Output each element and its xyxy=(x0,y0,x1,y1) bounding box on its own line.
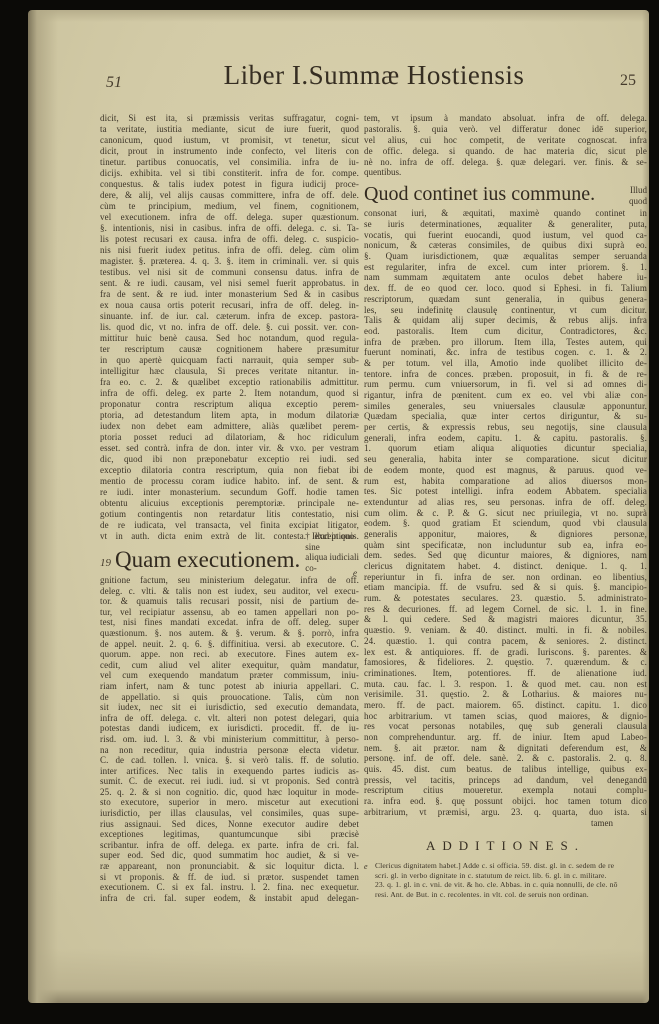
left-text-column: dicit, Si est ita, si præmissis veritas … xyxy=(100,113,359,903)
heading-side-text: Illud quod xyxy=(625,185,647,206)
text-line: sit iudex, nec sit ei iurisdictio, sed e… xyxy=(100,702,359,713)
text-line: lex est. & antiquiores. ff. de gradi. Iu… xyxy=(364,647,647,658)
text-line: similes generales, seu vniuersales claus… xyxy=(364,401,647,412)
text-line: rum permu. cum vniuersorum, in fi. vel s… xyxy=(364,379,647,390)
text-line: extenduntur ad alias res, seu personas. … xyxy=(364,497,647,508)
left-column-upper-text: dicit, Si est ita, si præmissis veritas … xyxy=(100,113,359,542)
text-line: super eod. Sed dic, quod summatim hoc au… xyxy=(100,850,359,861)
text-line: rigantur, infra de pœnitent. cum ex eo. … xyxy=(364,390,647,401)
text-line: exceptiones legitimas, quantumcunque sib… xyxy=(100,829,359,840)
text-line: vel alius, cui hoc competit, de veritate… xyxy=(364,135,647,146)
text-line: si vt proponis. & ff. de iud. si prætor.… xyxy=(100,872,359,883)
text-line: rum. & potestates seculares. 23. quæstio… xyxy=(364,593,647,604)
text-line: magister. §. præterea. 4. q. 3. §. item … xyxy=(100,256,359,267)
text-line: eod. pastoralis. Item cum dicitur, Contr… xyxy=(364,326,647,337)
paragraph-tail-line: quentibus. xyxy=(364,167,647,178)
text-line: testibus. vel nisi sit de communi consen… xyxy=(100,267,359,278)
text-line: ptoria, ad detestandum litem apta, in mo… xyxy=(100,410,359,421)
additiones-text: Clericus dignitatem habet.] Adde c. si o… xyxy=(375,861,647,899)
running-header: 51 Liber I.Summæ Hostiensis 25 xyxy=(100,60,648,102)
heading-text: Quod continet ius commune. xyxy=(364,182,595,206)
text-line: nonicum, & cæteras consimiles, de quibus… xyxy=(364,240,647,251)
text-line: sto executore, superior in mero. miscetu… xyxy=(100,797,359,808)
text-line: infra de cri. fal. super eodem, & instab… xyxy=(100,893,359,904)
text-line: dere, & alij, vel alijs causas committer… xyxy=(100,190,359,201)
text-line: ra. infra eod. §. quę possunt obijci. ho… xyxy=(364,796,647,807)
additiones-note: e Clericus dignitatem habet.] Adde c. si… xyxy=(364,861,647,899)
text-line: generali, infra eodem, capitu. 1. & capi… xyxy=(364,433,647,444)
text-line: proponatur contra rescriptum aliqua exce… xyxy=(100,399,359,410)
text-line: est regulariter, infra de excel. cum int… xyxy=(364,262,647,273)
text-line: quorum. appe. non reci. ab executore. Fi… xyxy=(100,649,359,660)
text-line: conquestus. & talis iudex potest in figu… xyxy=(100,179,359,190)
text-line: na non receditur, quia industria personæ… xyxy=(100,745,359,756)
margin-reference-letter: e xyxy=(353,568,357,578)
text-line: iudex non debet eam admittere, aliàs quæ… xyxy=(100,421,359,432)
text-line: §. Quam iurisdictionem, quæ æqualitas se… xyxy=(364,251,647,262)
text-line: executionem. C. si ex fal. instru. l. 2.… xyxy=(100,882,359,893)
text-line: arbitrarium, vt præmisi, argu. 23. q. qu… xyxy=(364,807,647,818)
text-line: nam summam æquitatem ante oculos debet h… xyxy=(364,272,647,283)
text-line: nè no. infra de off. delega. §. quæ dele… xyxy=(364,157,647,168)
text-line: esset. sed contrà. infra de don. inter v… xyxy=(100,443,359,454)
text-line: resi. Ant. de But. in c. recolentes. in … xyxy=(375,890,647,900)
section-heading-quod-continet: Quod continet ius commune. Illud quod xyxy=(364,178,647,206)
text-line: C. de cad. tollen. l. vnica. §. si verò … xyxy=(100,755,359,766)
text-line: sinuante. inf. de iur. cal. cæterum. inf… xyxy=(100,311,359,322)
text-line: infra de off. delega. c. vlt. alteri non… xyxy=(100,713,359,724)
text-line: deleg. c. vlti. & talis non est iudex, s… xyxy=(100,586,359,597)
text-line: de offic. delega. si quando. de hac mate… xyxy=(364,146,647,157)
text-line: Clericus dignitatem habet.] Adde c. si o… xyxy=(375,861,647,871)
text-line: ræ appareant, non pronunciabit. & sic lo… xyxy=(100,861,359,872)
heading-side-line: Illud xyxy=(630,185,647,196)
text-line: de re iudicata, vel transacta, vel finit… xyxy=(100,520,359,531)
text-line: rescriptum citius moueretur. exempla not… xyxy=(364,785,647,796)
text-line: 1. quorum etiam aliqua aliquoties dicunt… xyxy=(364,443,647,454)
text-line: in quo apertè quicquam facti narrauit, q… xyxy=(100,355,359,366)
text-line: quæstionum. §. nos autem. & §. verum. & … xyxy=(100,628,359,639)
text-line: etiam mancipia. ff. de vsufru. sed & si … xyxy=(364,582,647,593)
text-line: seu generalia, habita inter se comparati… xyxy=(364,454,647,465)
additiones-margin-letter: e xyxy=(364,862,368,871)
text-line: cedit, cum aliud vel aliter exequitur, q… xyxy=(100,660,359,671)
text-line: mero. ff. de pact. maiorem. 65. distinct… xyxy=(364,700,647,711)
heading-text: Quam executionem. xyxy=(115,547,300,573)
text-line: risd. om. iud. l. 3. & vbi ministerium c… xyxy=(100,734,359,745)
text-line: lis potest recusari ex causa. infra de o… xyxy=(100,234,359,245)
text-line: quàm sint specificatæ, non includuntur s… xyxy=(364,540,647,551)
text-line: reperiuntur in fi. infra de ser. non ord… xyxy=(364,572,647,583)
text-line: clericus dignitatem habet. 4. distinct. … xyxy=(364,561,647,572)
text-line: tur, vel recipiatur assensu, ab eo tamen… xyxy=(100,607,359,618)
text-line: criminationes. Item, potentiores. ff. de… xyxy=(364,668,647,679)
text-line: pressis, vel tacitis, princeps ad dandum… xyxy=(364,775,647,786)
text-line: generalis apponitur, maiores, & digniore… xyxy=(364,529,647,540)
text-line: cùm te principium, medium, vel finem, co… xyxy=(100,201,359,212)
text-line: cum olim. & c. P. & G. sicut nec priuile… xyxy=(364,508,647,519)
text-line: quæstio. 9. veniam. & 40. distinct. mult… xyxy=(364,625,647,636)
text-line: tem, vt ipsum à mandato absoluat. infra … xyxy=(364,113,647,124)
text-line: se iuris determinationes, æqualiter & ge… xyxy=(364,219,647,230)
text-line: Talis & quidam alij super decimis, & reb… xyxy=(364,315,647,326)
text-line: inter artifices. Nec talis in exequendo … xyxy=(100,766,359,777)
right-text-column: tem, vt ipsum à mandato absoluat. infra … xyxy=(364,113,647,900)
text-line: gnitione factum, seu ministerium delegat… xyxy=(100,575,359,586)
text-line: dicit, Si est ita, si præmissis veritas … xyxy=(100,113,359,124)
text-line: test, nisi fines mandati excedat. infra … xyxy=(100,617,359,628)
text-line: ex noua causa ortis poterit recusari, in… xyxy=(100,300,359,311)
right-column-upper-text: tem, vt ipsum à mandato absoluat. infra … xyxy=(364,113,647,167)
text-line: 25. q. 2. & si non cognitio. dic, quod h… xyxy=(100,787,359,798)
text-line: personę. inf. de off. dele. sanè. 2. & c… xyxy=(364,753,647,764)
text-line: fra de sent. & re iud. inter monasterium… xyxy=(100,289,359,300)
text-line: les, seu indefinitę clausulę continentur… xyxy=(364,305,647,316)
text-line: exceptio dilatoria contra rescriptum, qu… xyxy=(100,465,359,476)
text-line: de appel. neuit. 2. q. 6. §. diffinitiua… xyxy=(100,639,359,650)
text-line: dicit, prout in instrumento inde confect… xyxy=(100,146,359,157)
text-line: non comprehenduntur. arg. ff. de iniur. … xyxy=(364,732,647,743)
heading-side-line: aliqua iudiciali co- xyxy=(305,552,359,573)
text-line: per certis, & expressis rebus, seu negot… xyxy=(364,422,647,433)
text-line: famosiores, & fideliores. 2. quęstio. 7.… xyxy=(364,657,647,668)
text-line: muta. cau. fac. l. 3. respon. 1. & quod … xyxy=(364,679,647,690)
text-line: fra eo. c. 2. & quælibet exceptio ration… xyxy=(100,377,359,388)
text-line: potestas dandi iudicem, ex iurisdicti. p… xyxy=(100,723,359,734)
text-line: 24. quæstio. 1. qui contra pacem, & seni… xyxy=(364,636,647,647)
text-line: nem. §. ait prætor. nam & dignitati defe… xyxy=(364,743,647,754)
heading-side-line: quod xyxy=(629,196,647,207)
text-line: tentore. infra de conces. præben. propos… xyxy=(364,369,647,380)
text-line: §. intentionis, nisi in casibus. infra d… xyxy=(100,223,359,234)
heading-side-text: † Illud in quo sine aliqua iudiciali co- xyxy=(300,531,359,573)
text-line: riam infert, nam & tunc potest ab iniuri… xyxy=(100,681,359,692)
right-column-body-text: consonat iuri, & æquitati, maximè quando… xyxy=(364,208,647,817)
text-line: eodem. §. quod gratiam Et sciendum, quod… xyxy=(364,518,647,529)
text-line: lis. quod dic, vt no. infra de off. dele… xyxy=(100,322,359,333)
text-line: ptoria posset reduci ad dilatoriam, & ho… xyxy=(100,432,359,443)
text-line: consonat iuri, & æquitati, maximè quando… xyxy=(364,208,647,219)
text-line: ta veritate, iustitia mediante, sicut de… xyxy=(100,124,359,135)
running-title: Liber I.Summæ Hostiensis xyxy=(100,60,648,91)
text-line: nis nisi fuerit iudex petitus. infra de … xyxy=(100,245,359,256)
text-line: scri. gl. in verbo dignitate in c. statu… xyxy=(375,871,647,881)
text-line: res vocat personas notabiles, quę sub ge… xyxy=(364,721,647,732)
text-line: ter rescriptum causæ cognitionem habere … xyxy=(100,344,359,355)
book-page: 51 Liber I.Summæ Hostiensis 25 dicit, Si… xyxy=(28,10,649,1003)
text-line: de appellatio. si quis prouocatione. Tal… xyxy=(100,692,359,703)
scanned-book-photo: 51 Liber I.Summæ Hostiensis 25 dicit, Si… xyxy=(0,0,659,1024)
text-line: obtentu alicuius exceptionis peremptoriæ… xyxy=(100,498,359,509)
text-line: & l. qui cedere. Sed & magistri maiores … xyxy=(364,614,647,625)
text-line: quis. 45. dist. cum beatus. de talibus i… xyxy=(364,764,647,775)
text-line: dicijs. exhibita. vel si tibi constiteri… xyxy=(100,168,359,179)
text-line: re iudi. inter monasterium. secundum Gof… xyxy=(100,487,359,498)
text-line: res & decuriones. ff. ad legem Cornel. d… xyxy=(364,604,647,615)
text-line: dem. sedes. Sed quę dicuntur maiores, & … xyxy=(364,550,647,561)
text-line: hoc arbitrarium. vt tamen scias, quod ma… xyxy=(364,711,647,722)
text-line: de eodem monte, quod est magnus, & paruu… xyxy=(364,465,647,476)
text-line: verisimile. 31. quęstio. 2. & Lotharius.… xyxy=(364,689,647,700)
text-line: rum est, habita comparatione ad alios di… xyxy=(364,476,647,487)
text-line: iurisdictio, per illas clausulas, vel co… xyxy=(100,808,359,819)
text-line: tes. Sic potest intelligi. infra eodem A… xyxy=(364,486,647,497)
text-line: mentio de processu coram iudice habito. … xyxy=(100,476,359,487)
text-line: fuerunt nominati, &c. infra de testibus … xyxy=(364,347,647,358)
text-line: tor. & quamuis talis recusari possit, ni… xyxy=(100,596,359,607)
text-line: tinetur. partibus conuocatis, vel consim… xyxy=(100,157,359,168)
text-line: rius assignaui. Sed dices, Nonne executo… xyxy=(100,819,359,830)
text-line: canonicum, quod iustum, vt promisit, vt … xyxy=(100,135,359,146)
text-line: mittitur huic benè causa. Sed hoc notand… xyxy=(100,333,359,344)
text-line: infra de præben. pro illorum. Item illa,… xyxy=(364,337,647,348)
additiones-title: ADDITIONES. xyxy=(364,838,647,854)
text-line: 23. q. 1. gl. in c. vni. de vit. & ho. c… xyxy=(375,880,647,890)
text-line: dic, quod ibi non præponebatur exceptio … xyxy=(100,454,359,465)
text-line: rescriptorum, quædam sunt generalia, in … xyxy=(364,294,647,305)
left-column-lower-text: gnitione factum, seu ministerium delegat… xyxy=(100,575,359,903)
heading-side-line: † Illud in quo sine xyxy=(305,531,359,552)
text-line: pastoralis. §. quia verò. vel differatur… xyxy=(364,124,647,135)
paragraph-number: 19 xyxy=(100,557,115,573)
additiones-section: ADDITIONES. e Clericus dignitatem habet.… xyxy=(364,838,647,899)
text-line: gotium contingentis non retardatur litis… xyxy=(100,509,359,520)
text-line: infra de offi. deleg. ex parte 2. Item n… xyxy=(100,388,359,399)
text-line: vel executionem. infra de off. delega. s… xyxy=(100,212,359,223)
text-line: scribantur. infra de off. delega. ex par… xyxy=(100,840,359,851)
text-line: intelligitur hæc clausula, Si preces ver… xyxy=(100,366,359,377)
text-line: vel cum exequendo mandatum præter commis… xyxy=(100,670,359,681)
section-heading-quam-executionem: 19 Quam executionem. † Illud in quo sine… xyxy=(100,543,359,573)
text-line: Quædam specialia, quæ inter certos dirig… xyxy=(364,411,647,422)
text-line: & per totum. vel illa, Amotio inde quoli… xyxy=(364,358,647,369)
folio-number-right: 25 xyxy=(620,72,636,90)
text-line: sumit. C. de execut. rei iudi. iud. si v… xyxy=(100,776,359,787)
text-line: vocatis, qui fuerint euocandi, quod iust… xyxy=(364,230,647,241)
column-last-word: tamen xyxy=(364,818,647,829)
text-line: dex. ff. de eo quod cer. loco. quod si E… xyxy=(364,283,647,294)
text-line: sent. & re iudi. causam, vel nisi semel … xyxy=(100,278,359,289)
